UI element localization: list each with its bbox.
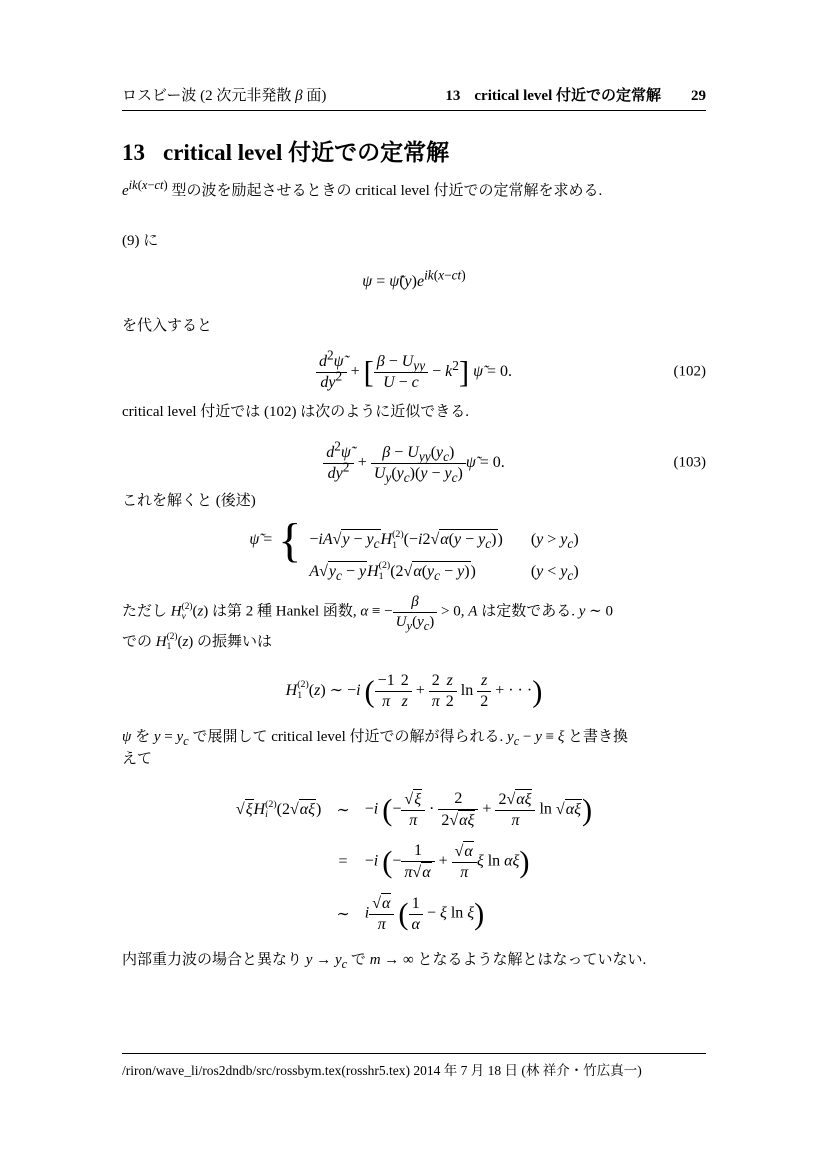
footer-source-line: /riron/wave_li/ros2dndb/src/rossbym.tex(… bbox=[122, 1059, 706, 1079]
paragraph-substitute: を代入すると bbox=[122, 316, 706, 338]
paragraph-hankel-def: ただし H(2)ν(z) は第 2 種 Hankel 函数, α ≡ −βUy(… bbox=[122, 593, 706, 652]
align-row3-operator: ∼ bbox=[336, 904, 349, 924]
equation-align-block: √ξH(2)i(2√αξ) ∼ −i (−√ξπ · 22√αξ + 2√αξπ… bbox=[122, 789, 706, 935]
align-row2-rhs: −i (−1π√α + √απξ ln αξ) bbox=[365, 841, 592, 883]
header-chapter-title: ロスビー波 (2 次元非発散 β 面) bbox=[122, 84, 326, 105]
equation-102: d2ψ̃dy2 + [β − UyyU − c − k2] ψ̃ = 0. (1… bbox=[122, 346, 706, 398]
section-title: critical level 付近での定常解 bbox=[163, 140, 449, 165]
align-row3-rhs: i√απ (1α − ξ ln ξ) bbox=[365, 893, 592, 935]
equation-hankel-asymptotic: H(2)1(z) ∼ −i (−1π2z + 2πz2 ln z2 + · · … bbox=[122, 666, 706, 716]
paragraph-solve: これを解くと (後述) bbox=[122, 491, 706, 513]
equation-102-number: (102) bbox=[674, 364, 707, 381]
header-section-title: critical level 付近での定常解 bbox=[474, 84, 661, 105]
paragraph-expand: ψ を y = yc で展開して critical level 付近での解が得ら… bbox=[122, 727, 706, 771]
align-row2-operator: = bbox=[336, 853, 349, 871]
equation-hankel-content: H(2)1(z) ∼ −i (−1π2z + 2πz2 ln z2 + · · … bbox=[286, 671, 543, 712]
section-number: 13 bbox=[122, 140, 145, 165]
header-page-number: 29 bbox=[691, 88, 706, 105]
equation-103-number: (103) bbox=[674, 455, 707, 472]
header-rule bbox=[122, 110, 706, 111]
equation-103: d2ψ̃dy2 + β − Uyy(yc)Uy(yc)(y − yc)ψ̃ = … bbox=[122, 436, 706, 490]
align-row1-operator: ∼ bbox=[336, 800, 349, 820]
paragraph-intro: eik(x−ct) 型の波を励起させるときの critical level 付近… bbox=[122, 181, 706, 203]
document-page: ロスビー波 (2 次元非発散 β 面) 13 critical level 付近… bbox=[0, 0, 826, 1169]
equation-psi-content: ψ = ψ̃(y)eik(x−ct) bbox=[362, 273, 465, 291]
section-heading: 13critical level 付近での定常解 bbox=[122, 134, 706, 167]
paragraph-approx: critical level 付近では (102) は次のように近似できる. bbox=[122, 402, 706, 424]
equation-102-content: d2ψ̃dy2 + [β − UyyU − c − k2] ψ̃ = 0. bbox=[316, 352, 512, 393]
equation-cases: ψ̃ = {−iA√y − ycH(2)1(−i2√α(y − yc))(y >… bbox=[122, 519, 706, 593]
header-section-number: 13 bbox=[445, 88, 460, 105]
equation-103-content: d2ψ̃dy2 + β − Uyy(yc)Uy(yc)(y − yc)ψ̃ = … bbox=[323, 443, 505, 484]
paragraph-conclusion: 内部重力波の場合と異なり y → yc で m → ∞ となるような解とはなって… bbox=[122, 950, 706, 972]
align-row1-lhs: √ξH(2)i(2√αξ) bbox=[236, 799, 321, 821]
equation-psi-ansatz: ψ = ψ̃(y)eik(x−ct) bbox=[122, 266, 706, 298]
align-row1-rhs: −i (−√ξπ · 22√αξ + 2√αξπ ln √αξ) bbox=[365, 789, 592, 831]
footer-rule bbox=[122, 1053, 706, 1054]
paragraph-eq9-ref: (9) に bbox=[122, 231, 706, 253]
equation-cases-content: ψ̃ = {−iA√y − ycH(2)1(−i2√α(y − yc))(y >… bbox=[249, 529, 578, 582]
running-header: ロスビー波 (2 次元非発散 β 面) 13 critical level 付近… bbox=[122, 84, 706, 105]
